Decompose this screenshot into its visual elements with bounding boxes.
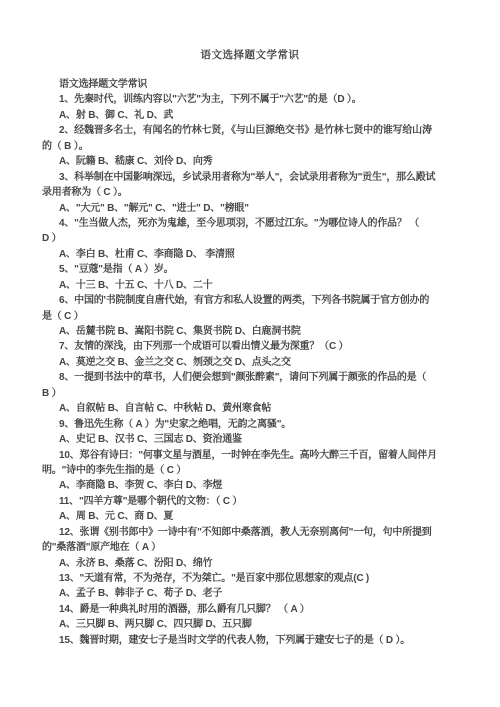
doc-line: 1、先秦时代，训练内容以"六艺"为主，下列不属于"六艺"的是（D ）。: [42, 92, 472, 107]
doc-line: 2、经魏晋多名士，有闻名的竹林七贤，《与山巨源绝交书》是竹林七贤中的谁写给山涛: [42, 123, 472, 138]
doc-line: A、射 B、御 C、礼 D、武: [42, 108, 472, 123]
doc-line: A、周 B、元 C、商 D、夏: [42, 509, 472, 524]
doc-line: 的"桑落酒"原产地在（ A ）: [42, 540, 472, 555]
doc-line: A、岳麓书院 B、嵩阳书院 C、集贤书院 D、白鹿洞书院: [42, 324, 472, 339]
doc-line: 6、中国的'书院制度自唐代始，有官方和私人设置的两类，下列各书院属于官方创办的: [42, 293, 472, 308]
doc-line: 明。"诗中的李先生指的是（ C ）: [42, 463, 472, 478]
doc-line: A、孟子 B、韩非子 C、荀子 D、老子: [42, 586, 472, 601]
doc-line: 12、张谓《别书郎中》一诗中有"不知郎中桑落酒，教人无奈别离何"一句，句中所提到: [42, 525, 472, 540]
doc-line: 的（ B ）。: [42, 139, 472, 154]
doc-line: 9、鲁迅先生称（ A ）为"史家之绝唱，无韵之离骚"。: [42, 417, 472, 432]
document-body: 语文选择题文学常识1、先秦时代，训练内容以"六艺"为主，下列不属于"六艺"的是（…: [0, 77, 500, 648]
doc-line: 10、郑谷有诗曰："何事文星与酒星，一时钟在李先生。高吟大醉三千百，留着人间伴月: [42, 448, 472, 463]
doc-line: A、三只脚 B、两只脚 C、四只脚 D、五只脚: [42, 617, 472, 632]
doc-line: A、"大元" B、"解元" C、"进士" D、"榜眼": [42, 201, 472, 216]
doc-line: 13、"天道有常，不为尧存，不为桀亡。"是百家中那位思想家的观点(C ): [42, 571, 472, 586]
doc-line: A、莫逆之交 B、金兰之交 C、刎颈之交 D、点头之交: [42, 355, 472, 370]
doc-line: 8、一提到书法中的草书，人们便会想到"颜张醉素"，请问下列属于颜张的作品的是（: [42, 370, 472, 385]
doc-line: 15、魏晋时期，建安七子是当时文学的代表人物，下列属于建安七子的是（ D ）。: [42, 633, 472, 648]
doc-line: 是（ C ）: [42, 309, 472, 324]
doc-line: 4、"生当做人杰，死亦为鬼雄，至今思项羽，不愿过江东。"为哪位诗人的作品？ （: [42, 216, 472, 231]
doc-line: A、永济 B、桑落 C、汾阳 D、绵竹: [42, 556, 472, 571]
doc-line: 7、友情的深浅，由下列那一个成语可以看出情义最为深重？（C ）: [42, 339, 472, 354]
document-title: 语文选择题文学常识: [0, 0, 500, 63]
doc-line: 3、科举制在中国影响深远，乡试录用者称为"举人"，会试录用者称为"贡生"，那么殿…: [42, 170, 472, 185]
doc-line: A、李白 B、杜甫 C、李商隐 D、 李清照: [42, 247, 472, 262]
doc-line: A、自叙帖 B、自言帖 C、中秋帖 D、黄州寒食帖: [42, 401, 472, 416]
doc-line: A、阮籍 B、嵇康 C、刘伶 D、向秀: [42, 154, 472, 169]
doc-line: A、史记 B、汉书 C、三国志 D、资治通鉴: [42, 432, 472, 447]
doc-line: 14、爵是一种典礼时用的酒器，那么爵有几只脚？ （ A ）: [42, 602, 472, 617]
document-page: 语文选择题文学常识 语文选择题文学常识1、先秦时代，训练内容以"六艺"为主，下列…: [0, 0, 500, 707]
doc-line: 5、"豆蔻"是指（ A ）岁。: [42, 262, 472, 277]
doc-line: A、十三 B、十五 C、十八 D、二十: [42, 278, 472, 293]
doc-line: 语文选择题文学常识: [42, 77, 472, 92]
doc-line: A、李商隐 B、李贺 C、李白 D、李煜: [42, 478, 472, 493]
doc-line: 11、"四羊方尊"是哪个朝代的文物：（ C ）: [42, 494, 472, 509]
doc-line: D ）: [42, 231, 472, 246]
doc-line: 录用者称为（ C ）。: [42, 185, 472, 200]
doc-line: B ）: [42, 386, 472, 401]
